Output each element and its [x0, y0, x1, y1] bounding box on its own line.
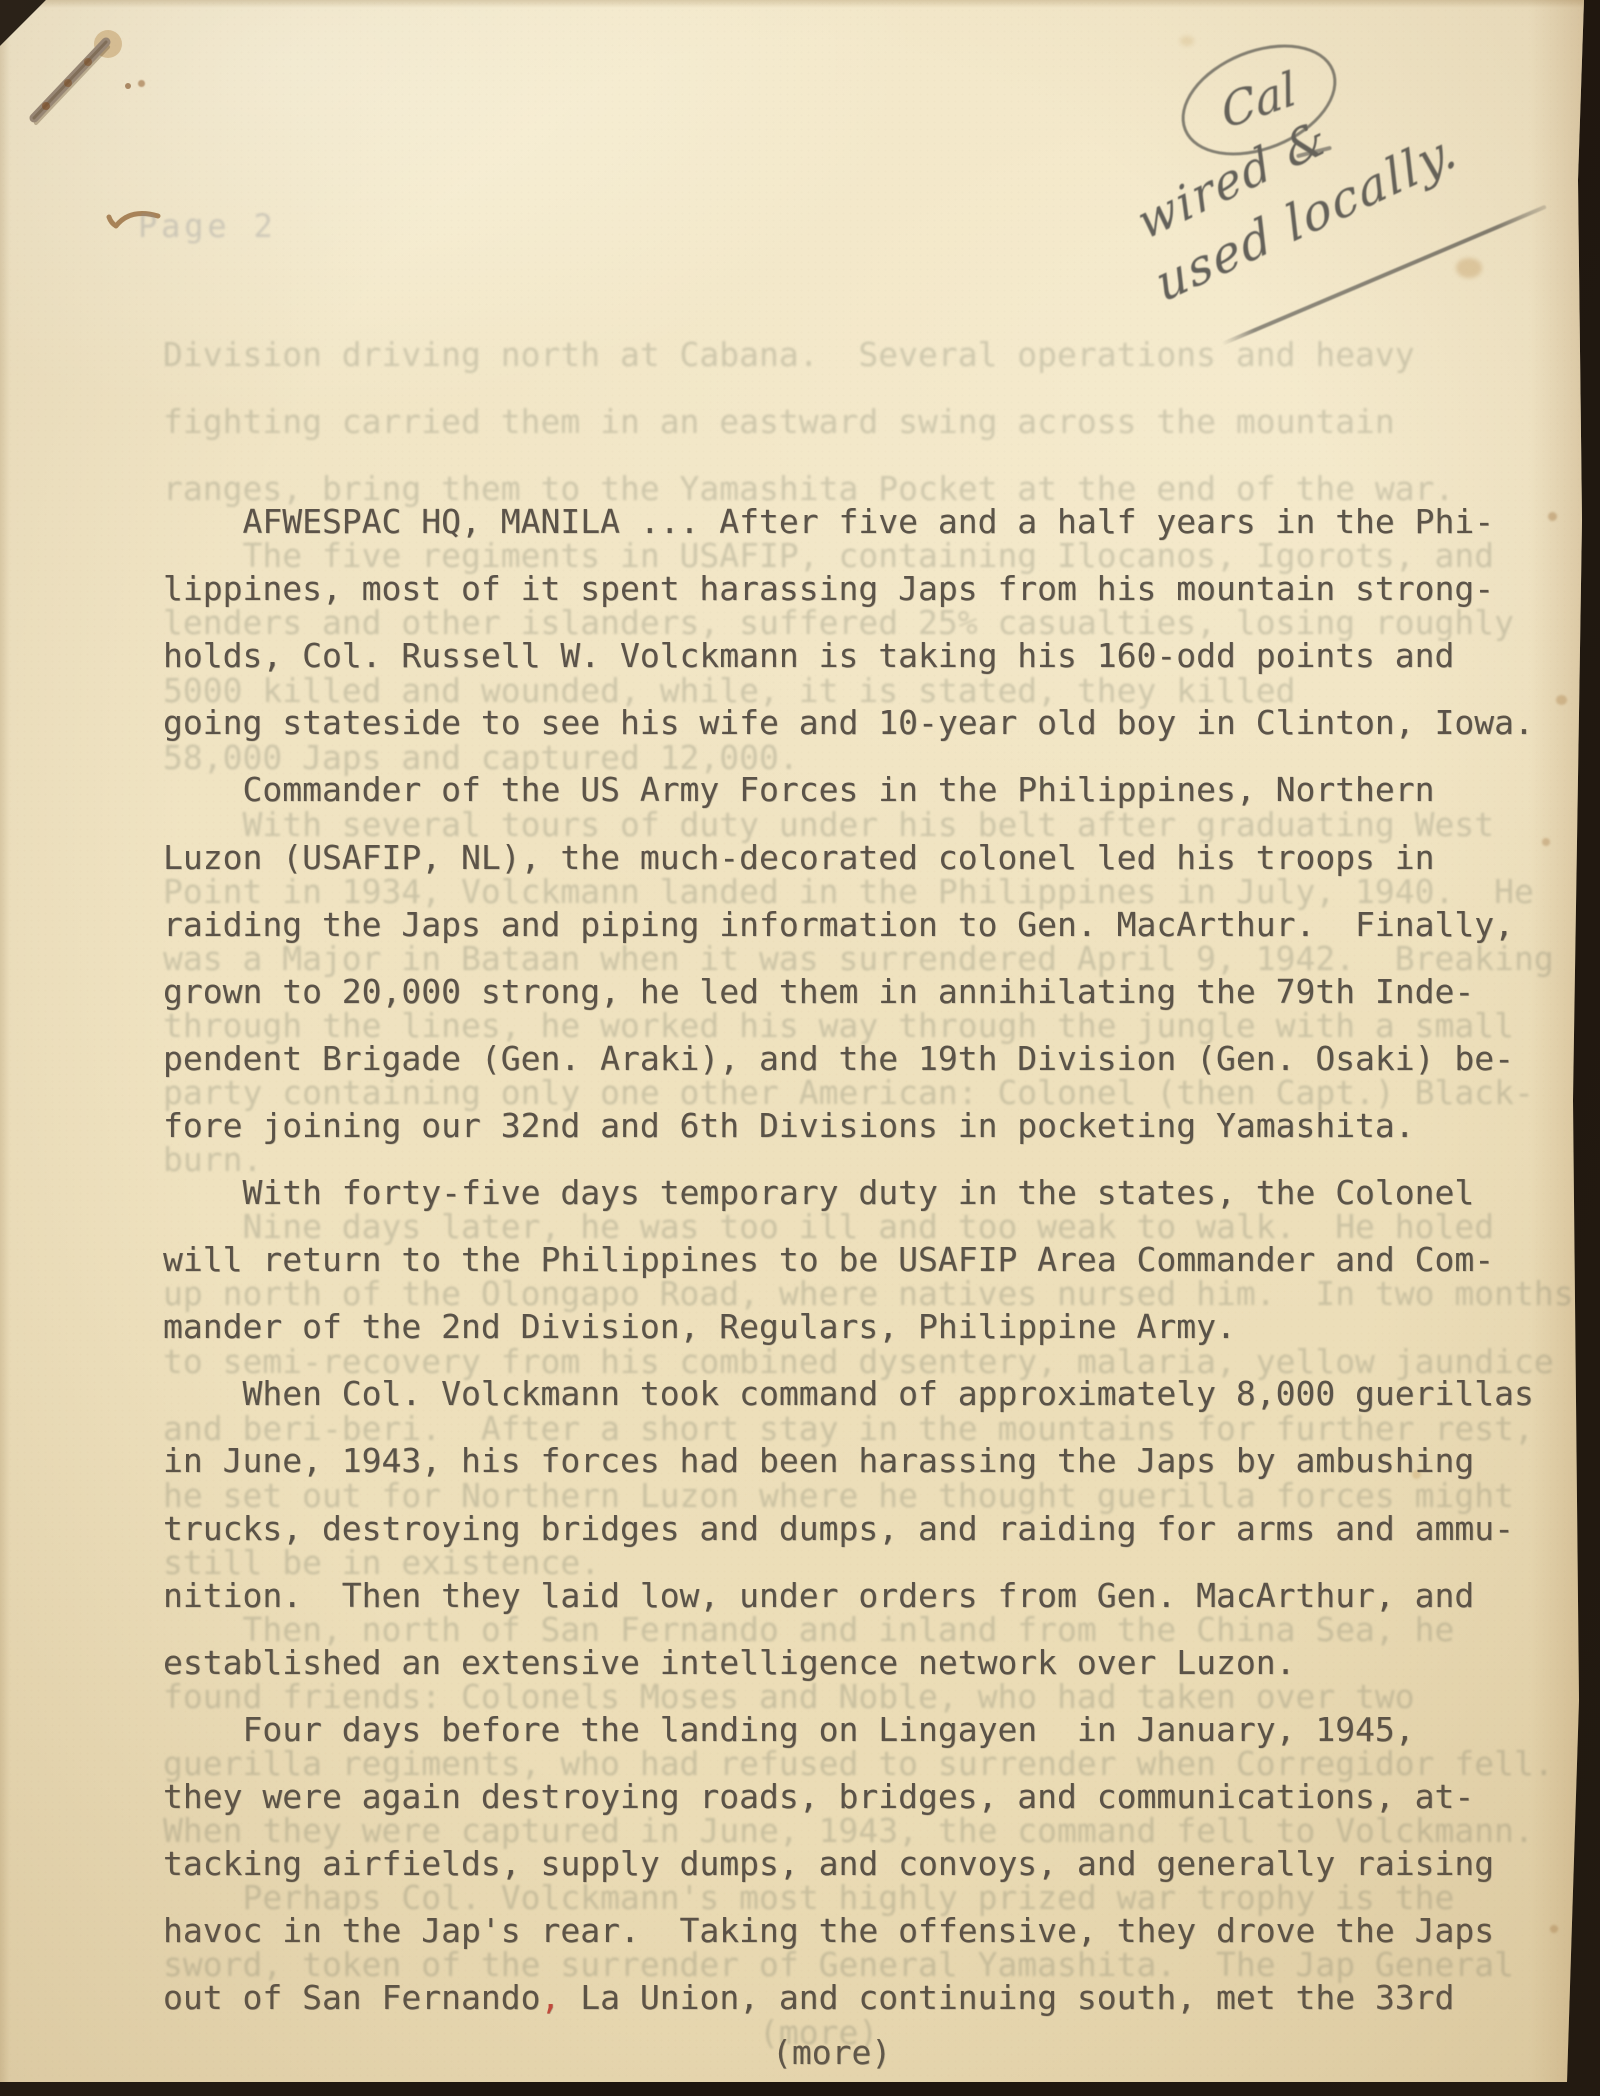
more-continuation-label: (more): [772, 2036, 891, 2071]
red-typed-comma: ,: [541, 1978, 561, 2017]
paper-left-edge-shading: [0, 0, 10, 2096]
typed-line: will return to the Philippines to be USA…: [163, 1243, 1494, 1278]
typed-line: pendent Brigade (Gen. Araki), and the 19…: [163, 1042, 1514, 1077]
typed-line: When Col. Volckmann took command of appr…: [163, 1377, 1534, 1412]
typed-line: going stateside to see his wife and 10-y…: [163, 706, 1534, 741]
typed-line: AFWESPAC HQ, MANILA ... After five and a…: [163, 505, 1494, 540]
typed-line: raiding the Japs and piping information …: [163, 908, 1514, 943]
typed-line: mander of the 2nd Division, Regulars, Ph…: [163, 1310, 1236, 1345]
ghost-line: fighting carried them in an eastward swi…: [163, 405, 1395, 440]
paper-top-edge-shading: [0, 0, 1600, 8]
foxing-spot: [1456, 258, 1482, 278]
foxing-spot: [1180, 36, 1194, 46]
scanned-document-page: { "document": { "page_label": "Page 2", …: [0, 0, 1600, 2096]
typed-line: established an extensive intelligence ne…: [163, 1646, 1295, 1681]
typed-line: lippines, most of it spent harassing Jap…: [163, 572, 1494, 607]
typed-line: tacking airfields, supply dumps, and con…: [163, 1847, 1494, 1882]
typed-line: Commander of the US Army Forces in the P…: [163, 773, 1435, 808]
paper-sheet: Page 2 Division driving north at Cabana.…: [0, 0, 1600, 2096]
page-number-label: Page 2: [138, 210, 277, 242]
typed-line: With forty-five days temporary duty in t…: [163, 1176, 1474, 1211]
typed-line: trucks, destroying bridges and dumps, an…: [163, 1512, 1514, 1547]
typed-line: havoc in the Jap's rear. Taking the offe…: [163, 1914, 1494, 1949]
ghost-line: (more): [163, 2016, 878, 2051]
typed-line: in June, 1943, his forces had been haras…: [163, 1444, 1474, 1479]
staple-icon: [16, 26, 166, 236]
typed-line: they were again destroying roads, bridge…: [163, 1780, 1474, 1815]
typed-line: holds, Col. Russell W. Volckmann is taki…: [163, 639, 1454, 674]
typed-line: Luzon (USAFIP, NL), the much-decorated c…: [163, 841, 1435, 876]
typed-line: nition. Then they laid low, under orders…: [163, 1579, 1474, 1614]
typed-line: Four days before the landing on Lingayen…: [163, 1713, 1415, 1748]
typed-line: fore joining our 32nd and 6th Divisions …: [163, 1109, 1415, 1144]
typed-line: out of San Fernando, La Union, and conti…: [163, 1981, 1454, 2016]
typed-line: grown to 20,000 strong, he led them in a…: [163, 975, 1474, 1010]
